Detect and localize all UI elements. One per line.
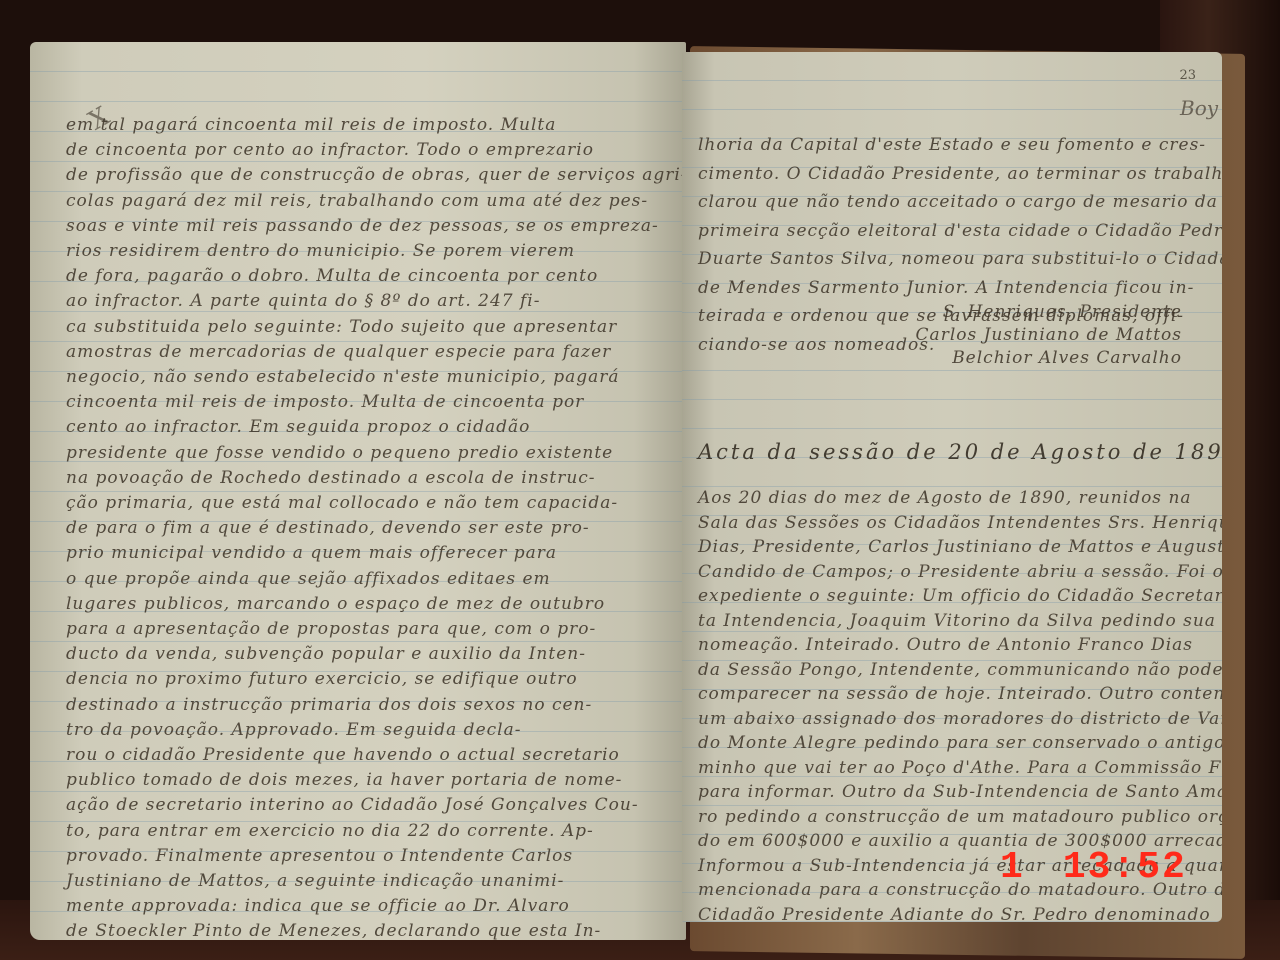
handwritten-line: de fora, pagarão o dobro. Multa de cinco… (30, 266, 686, 286)
handwritten-line: da Sessão Pongo, Intendente, communicand… (682, 660, 1222, 680)
timestamp-time: 13:52 (1063, 846, 1187, 889)
handwritten-line: um abaixo assignado dos moradores do dis… (682, 709, 1222, 729)
handwritten-line: to, para entrar em exercicio no dia 22 d… (30, 821, 686, 841)
minutes-heading: Acta da sessão de 20 de Agosto de 1890 (682, 440, 1222, 464)
corner-note: Boy (1180, 96, 1218, 120)
handwritten-line: presidente que fosse vendido o pequeno p… (30, 443, 686, 463)
handwritten-line: ção primaria, que está mal collocado e n… (30, 493, 686, 513)
handwritten-line: dencia no proximo futuro exercicio, se e… (30, 669, 686, 689)
handwritten-line: negocio, não sendo estabelecido n'este m… (30, 367, 686, 387)
handwritten-line: Sala das Sessões os Cidadãos Intendentes… (682, 513, 1222, 533)
handwritten-line: mente approvada: indica que se officie a… (30, 896, 686, 916)
handwritten-line: de para o fim a que é destinado, devendo… (30, 518, 686, 538)
handwritten-line: ducto da venda, subvenção popular e auxi… (30, 644, 686, 664)
handwritten-line: Dias, Presidente, Carlos Justiniano de M… (682, 537, 1222, 557)
handwritten-line: primeira secção eleitoral d'esta cidade … (682, 221, 1222, 241)
ledger-right-page: 23 lhoria da Capital d'este Estado e seu… (682, 52, 1222, 922)
handwritten-line: cimento. O Cidadão Presidente, ao termin… (682, 164, 1222, 184)
handwritten-line: expediente o seguinte: Um officio do Cid… (682, 586, 1222, 606)
page-number: 23 (1179, 68, 1196, 83)
handwritten-line: ação de secretario interino ao Cidadão J… (30, 795, 686, 815)
handwritten-line: minho que vai ter ao Poço d'Athe. Para a… (682, 758, 1222, 778)
handwritten-line: lugares publicos, marcando o espaço de m… (30, 594, 686, 614)
handwritten-line: do Monte Alegre pedindo para ser conserv… (682, 733, 1222, 753)
handwritten-line: provado. Finalmente apresentou o Intende… (30, 846, 686, 866)
handwritten-line: soas e vinte mil reis passando de dez pe… (30, 216, 686, 236)
handwritten-line: ca substituida pelo seguinte: Todo sujei… (30, 317, 686, 337)
handwritten-line: rios residirem dentro do municipio. Se p… (30, 241, 686, 261)
timestamp-day: 1 (1000, 846, 1025, 889)
handwritten-line: em tal pagará cincoenta mil reis de impo… (30, 115, 686, 135)
handwritten-line: Justiniano de Mattos, a seguinte indicaç… (30, 871, 686, 891)
ledger-left-page: X em tal pagará cincoenta mil reis de im… (30, 42, 686, 940)
handwritten-line: de Mendes Sarmento Junior. A Intendencia… (682, 278, 1222, 298)
handwritten-line: o que propõe ainda que sejão affixados e… (30, 569, 686, 589)
handwritten-line: Belchior Alves Carvalho (682, 348, 1222, 368)
handwritten-line: nomeação. Inteirado. Outro de Antonio Fr… (682, 635, 1222, 655)
handwritten-line: amostras de mercadorias de qualquer espe… (30, 342, 686, 362)
handwritten-line: cento ao infractor. Em seguida propoz o … (30, 417, 686, 437)
handwritten-line: Cidadão Presidente Adiante do Sr. Pedro … (682, 905, 1222, 923)
camera-timestamp: 113:52 (1000, 846, 1187, 889)
handwritten-line: Candido de Campos; o Presidente abriu a … (682, 562, 1222, 582)
handwritten-line: Carlos Justiniano de Mattos (682, 325, 1222, 345)
handwritten-line: para informar. Outro da Sub-Intendencia … (682, 782, 1222, 802)
handwritten-line: de cincoenta por cento ao infractor. Tod… (30, 140, 686, 160)
handwritten-line: Aos 20 dias do mez de Agosto de 1890, re… (682, 488, 1222, 508)
handwritten-line: S. Henriques, Presidente (682, 302, 1222, 322)
handwritten-line: tro da povoação. Approvado. Em seguida d… (30, 720, 686, 740)
handwritten-line: lhoria da Capital d'este Estado e seu fo… (682, 135, 1222, 155)
handwritten-line: destinado a instrucção primaria dos dois… (30, 695, 686, 715)
handwritten-line: ta Intendencia, Joaquim Vitorino da Silv… (682, 611, 1222, 631)
handwritten-line: colas pagará dez mil reis, trabalhando c… (30, 191, 686, 211)
handwritten-line: rou o cidadão Presidente que havendo o a… (30, 745, 686, 765)
handwritten-line: de Stoeckler Pinto de Menezes, declarand… (30, 921, 686, 940)
handwritten-line: Duarte Santos Silva, nomeou para substit… (682, 249, 1222, 269)
handwritten-line: comparecer na sessão de hoje. Inteirado.… (682, 684, 1222, 704)
handwritten-line: na povoação de Rochedo destinado a escol… (30, 468, 686, 488)
handwritten-line: prio municipal vendido a quem mais offer… (30, 543, 686, 563)
handwritten-line: ao infractor. A parte quinta do § 8º do … (30, 291, 686, 311)
handwritten-line: cincoenta mil reis de imposto. Multa de … (30, 392, 686, 412)
handwritten-line: publico tomado de dois mezes, ia haver p… (30, 770, 686, 790)
handwritten-line: ro pedindo a construcção de um matadouro… (682, 807, 1222, 827)
handwritten-line: de profissão que de construcção de obras… (30, 165, 686, 185)
handwritten-line: para a apresentação de propostas para qu… (30, 619, 686, 639)
handwritten-line: clarou que não tendo acceitado o cargo d… (682, 192, 1222, 212)
